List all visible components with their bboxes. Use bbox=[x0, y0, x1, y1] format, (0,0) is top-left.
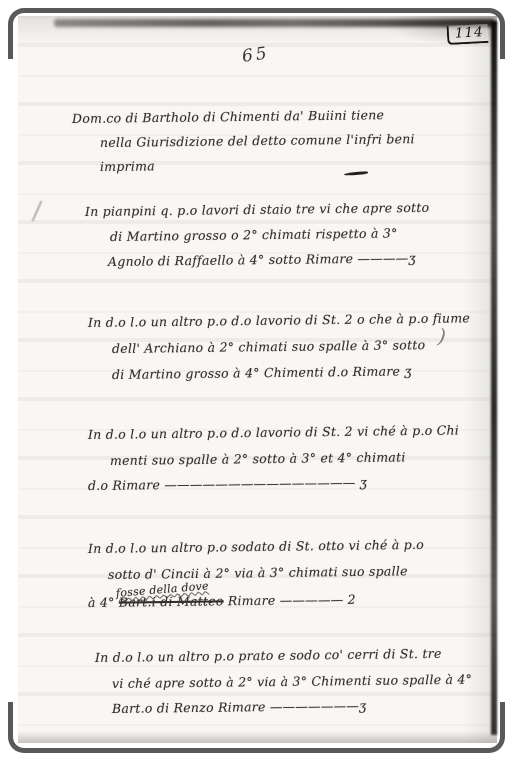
heading-line: Dom.co di Bartholo di Chimenti da' Buiin… bbox=[72, 109, 384, 125]
marginal-dash-mark bbox=[344, 171, 368, 176]
manuscript-page: 114 65 Dom.co di Bartholo di Chimenti da… bbox=[18, 16, 497, 743]
entry-line-corrected: à 4° fosse della doveBart.i di Matteo Ri… bbox=[88, 594, 356, 610]
entry-line: In d.o l.o un altro p.o sodato di St. ot… bbox=[88, 539, 424, 556]
page-right-edge-shadow bbox=[491, 21, 497, 735]
entry-line: di Martino grosso à 4° Chimenti d.o Rima… bbox=[112, 365, 412, 381]
entry-line: dell' Archiano à 2° chimati suo spalle à… bbox=[112, 339, 426, 355]
entry-line: menti suo spalle à 2° sotto à 3° et 4° c… bbox=[110, 451, 406, 467]
correction-suffix: Rimare ————— 2 bbox=[224, 592, 356, 609]
margin-slash-mark bbox=[32, 201, 43, 222]
page-number: 65 bbox=[241, 43, 271, 67]
heading-line: imprima bbox=[100, 160, 155, 173]
entry-line: d.o Rimare ——————————————— ʒ bbox=[88, 477, 367, 493]
marginal-paren-mark: ) bbox=[437, 324, 447, 349]
correction-prefix: à 4° bbox=[88, 595, 119, 610]
entry-line: vi ché apre sotto à 2° via à 3° Chimenti… bbox=[112, 674, 472, 691]
entry-line: sotto d' Cincii à 2° via à 3° chimati su… bbox=[108, 565, 408, 581]
entry-line: di Martino grosso o 2° chimati rispetto … bbox=[110, 227, 398, 243]
entry-line: In pianpini q. p.o lavori di staio tre v… bbox=[85, 202, 430, 219]
entry-line: Agnolo di Raffaello à 4° sotto Rimare ——… bbox=[108, 252, 416, 268]
page-top-edge-shadow bbox=[54, 19, 495, 27]
entry-line: In d.o l.o un altro p.o prato e sodo co'… bbox=[95, 648, 442, 665]
entry-line: In d.o l.o un altro p.o d.o lavorio di S… bbox=[88, 424, 459, 441]
page-bottom-shadow bbox=[18, 731, 497, 743]
archive-folio-stamp: 114 bbox=[447, 24, 489, 45]
entry-line: Bart.o di Renzo Rimare ———————ʒ bbox=[112, 700, 367, 716]
entry-line: In d.o l.o un altro p.o d.o lavorio di S… bbox=[88, 312, 470, 329]
heading-line: nella Giurisdizione del detto comune l'i… bbox=[100, 133, 415, 149]
